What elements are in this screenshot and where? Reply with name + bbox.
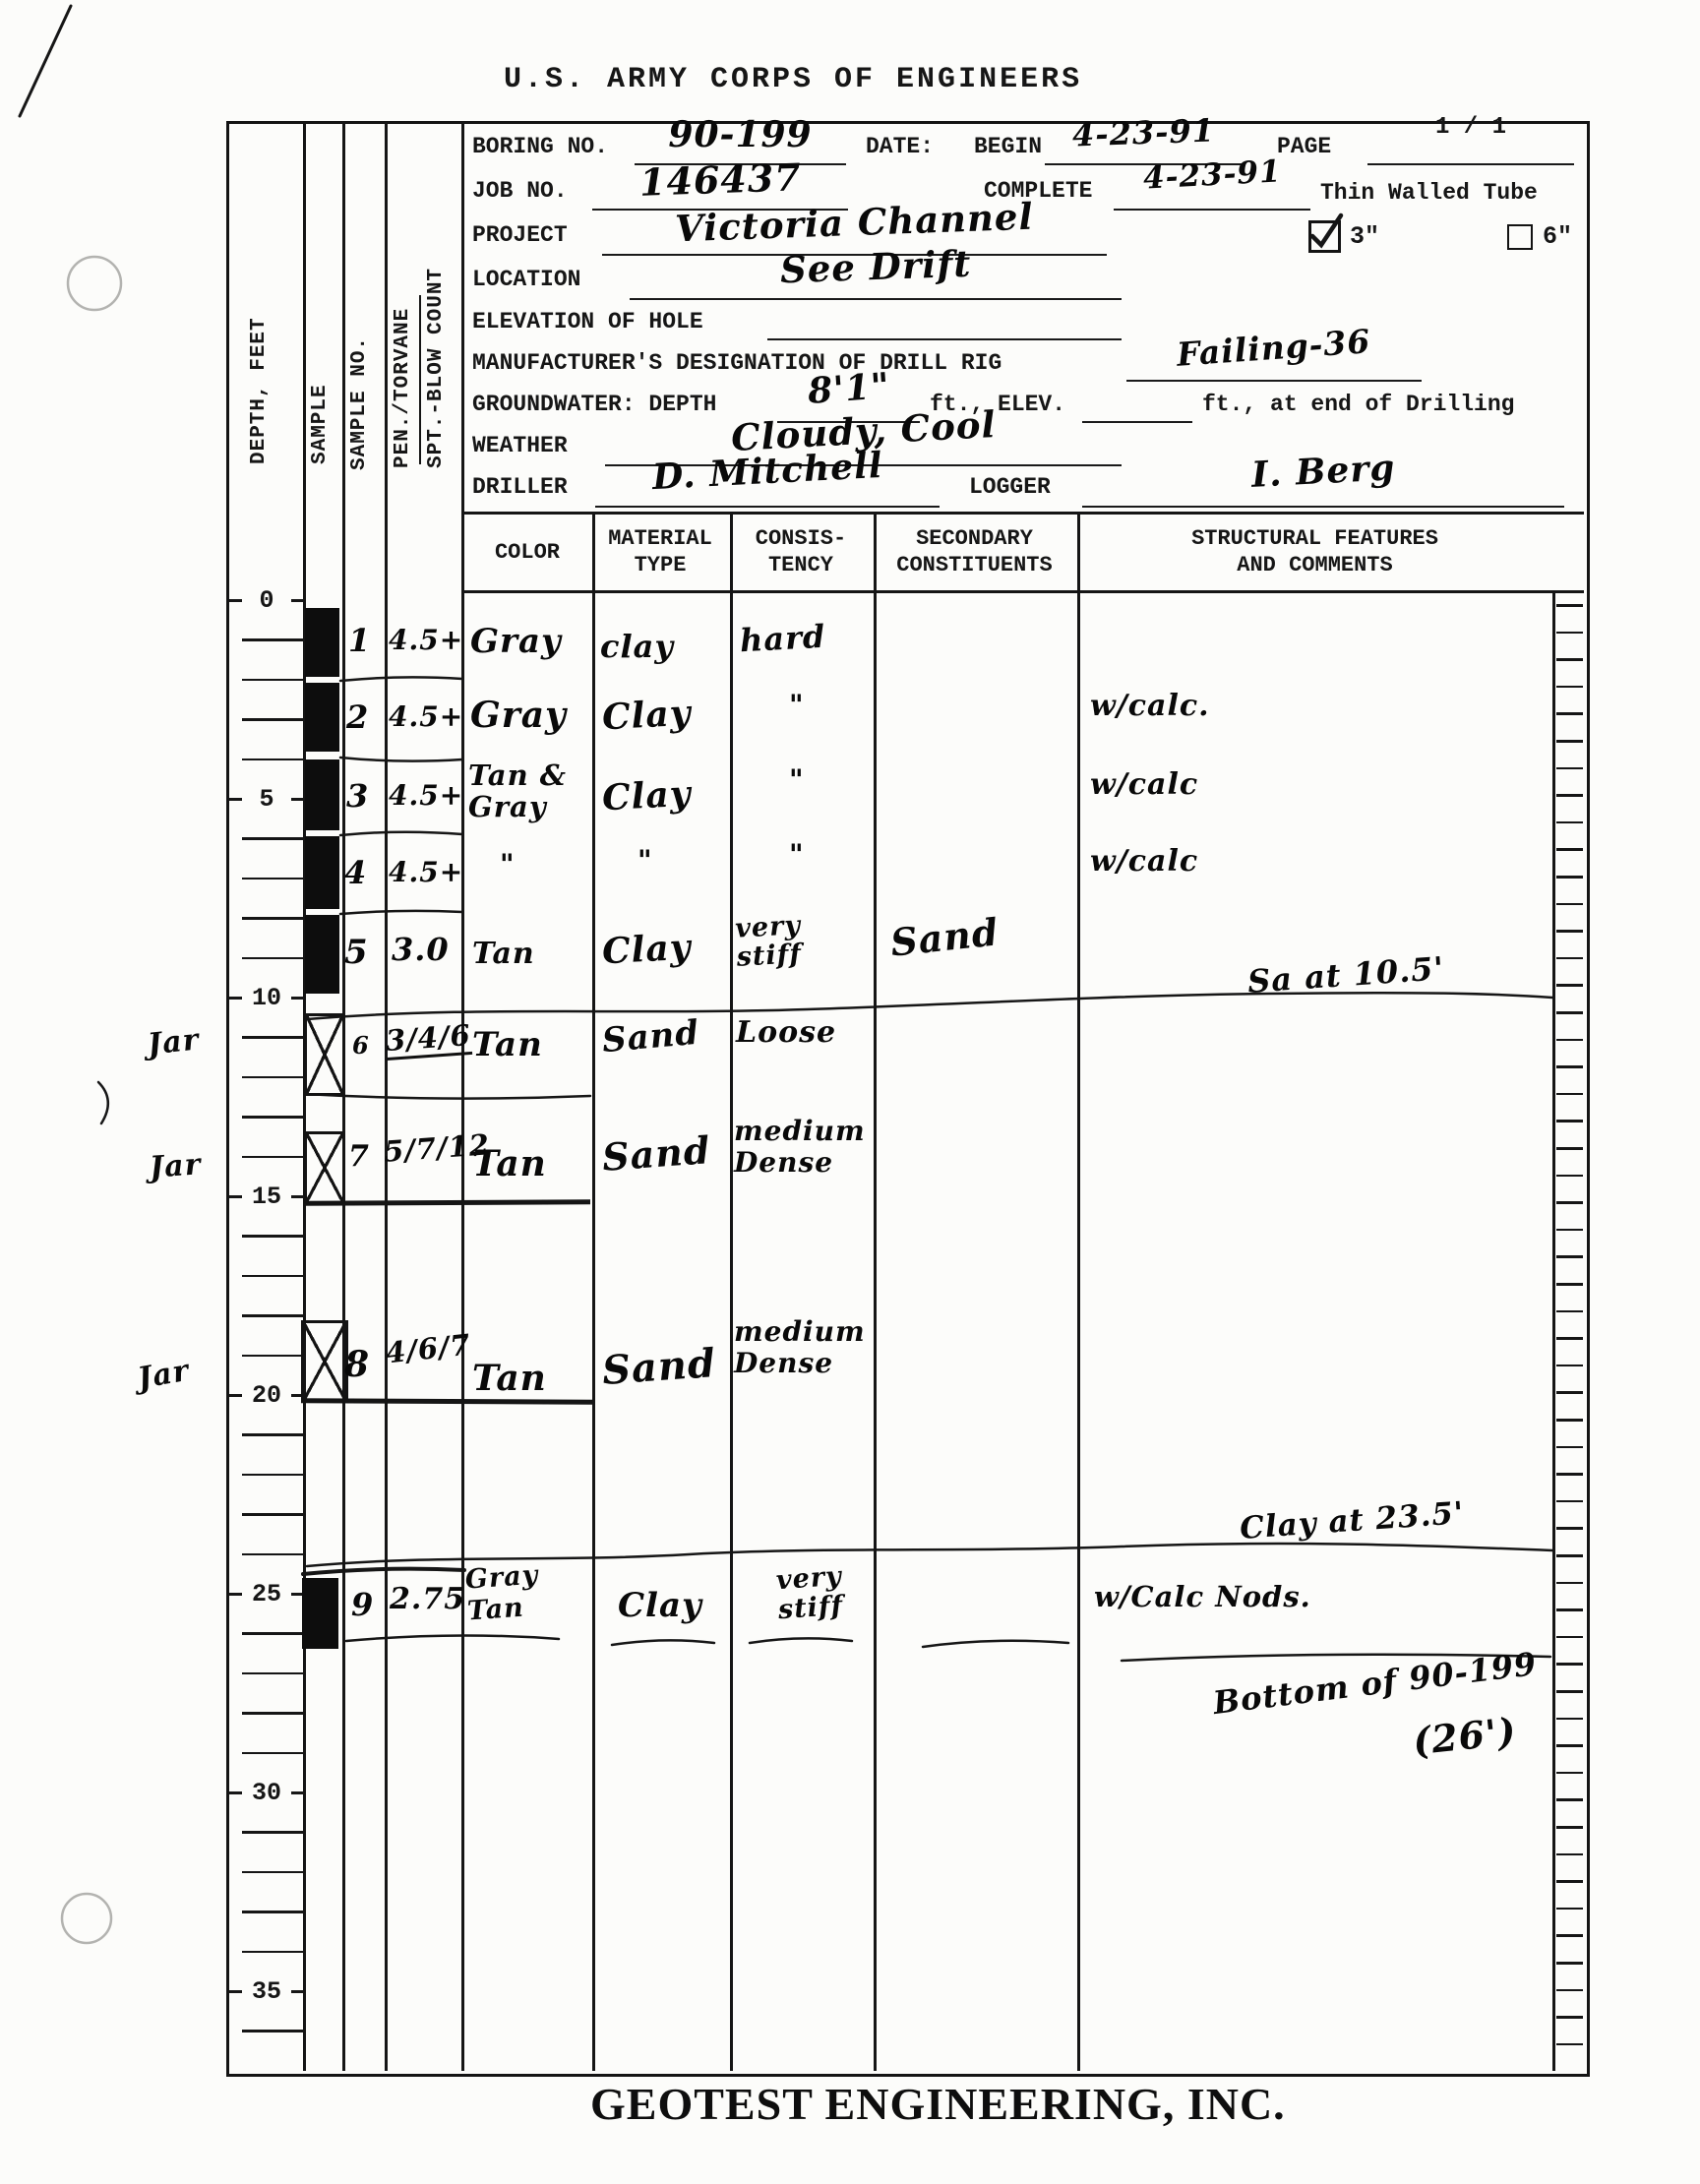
consistency-cell: hard (739, 618, 826, 660)
color-cell: Tan (472, 1025, 543, 1064)
sample-no: 2 (346, 698, 369, 736)
grid-line (461, 121, 464, 2071)
hole-punch-bottom (62, 1894, 111, 1943)
label-6-inch: 6" (1543, 222, 1572, 251)
color-cell: " (500, 848, 516, 880)
pen-value: 4.5+ (389, 779, 463, 812)
sample-no: 4 (344, 854, 367, 891)
grid-line (730, 512, 733, 2071)
color-cell: Gray (470, 622, 562, 661)
drill-rig-value: Failing-36 (1176, 322, 1372, 374)
location-value: See Drift (779, 242, 972, 292)
complete-date-value: 4-23-91 (1142, 153, 1282, 196)
tube-sample-bar (305, 759, 339, 830)
pen-spt-divider (419, 295, 421, 464)
tube-sample-bar (305, 836, 339, 909)
material-cell: " (637, 844, 653, 877)
pen-value: 4.5+ (389, 624, 463, 656)
field-label: MANUFACTURER'S DESIGNATION OF DRILL RIG (472, 350, 1002, 376)
depth-value: 35 (252, 1977, 281, 2006)
driller-value: D. Mitchell (651, 445, 883, 498)
field-label: DRILLER (472, 474, 568, 500)
comments-cell: w/Calc Nods. (1094, 1580, 1311, 1613)
depth-value: 25 (252, 1580, 281, 1608)
color-cell: Gray (470, 695, 567, 736)
grid-line (385, 121, 388, 2071)
field-label: LOCATION (472, 267, 580, 292)
boring-no-value: 90-199 (668, 114, 812, 155)
depth-label: 5 (229, 785, 304, 814)
consistency-cell: " (789, 689, 805, 721)
color-cell: Gray Tan (464, 1559, 542, 1627)
sample-no: 5 (344, 933, 369, 972)
label-3-inch: 3" (1350, 222, 1379, 251)
field-label: DATE: (866, 134, 934, 159)
comments-cell: w/calc (1090, 767, 1198, 802)
field-label: ELEVATION OF HOLE (472, 309, 703, 334)
jar-note: Jar (135, 1354, 192, 1397)
checkbox-3-inch (1308, 220, 1341, 253)
field-label: PROJECT (472, 222, 568, 248)
color-cell: Tan (472, 1143, 547, 1184)
depth-value: 10 (252, 984, 281, 1012)
consistency-cell: Loose (736, 1015, 836, 1050)
column-heading-depth: DEPTH, FEET (248, 317, 271, 464)
depth-value: 5 (259, 785, 273, 814)
depth-label: 25 (229, 1580, 304, 1608)
field-label: BEGIN (974, 134, 1042, 159)
page-value: 1 / 1 (1435, 114, 1506, 141)
depth-value: 0 (259, 586, 273, 615)
material-cell: Sand (601, 1127, 712, 1180)
sample-no: 1 (348, 622, 371, 659)
grid-line (592, 512, 595, 2071)
material-cell: Clay (601, 773, 693, 819)
grid-line (461, 512, 1584, 515)
column-heading-sample: SAMPLE (309, 384, 332, 464)
color-cell: Tan (472, 937, 535, 971)
scanned-boring-log-page: U.S. ARMY CORPS OF ENGINEERS GEOTEST ENG… (0, 0, 1700, 2184)
comments-cell: w/calc (1090, 844, 1198, 879)
grid-line (461, 590, 1584, 593)
page-title: U.S. ARMY CORPS OF ENGINEERS (504, 63, 1082, 96)
pen-value: 2.75 (390, 1582, 465, 1616)
blow-count-value: 3/4/6 (385, 1018, 472, 1061)
depth-label: 10 (229, 984, 304, 1012)
consistency-cell: " (789, 763, 805, 796)
field-label: PAGE (1277, 134, 1331, 159)
column-heading-pen-torvane: PEN./TORVANE (392, 308, 414, 468)
consistency-cell: medium Dense (734, 1116, 866, 1179)
consistency-cell: " (789, 838, 805, 871)
column-heading-structural-features: STRUCTURAL FEATURES AND COMMENTS (1077, 525, 1552, 578)
grid-line (1077, 512, 1080, 2071)
field-label: LOGGER (969, 474, 1051, 500)
sample-no: 6 (352, 1031, 370, 1060)
column-heading-consistency: CONSIS- TENCY (730, 525, 872, 578)
column-heading-spt-blow-count: SPT.-BLOW COUNT (425, 268, 448, 468)
tube-sample-bar (305, 608, 339, 677)
material-cell: clay (600, 628, 674, 665)
depth-label: 30 (229, 1779, 304, 1807)
company-footer: GEOTEST ENGINEERING, INC. (590, 2078, 1286, 2130)
right-ruler-line (1552, 592, 1555, 2071)
tube-sample-bar (305, 683, 339, 752)
column-heading-sample-no: SAMPLE NO. (348, 336, 371, 470)
material-cell: Clay (601, 693, 693, 739)
color-cell: Tan & Gray (468, 759, 567, 822)
split-spoon-sample-box (301, 1320, 348, 1403)
field-underline: 4-23-91 (1114, 157, 1310, 211)
field-label: ft., at end of Drilling (1202, 392, 1514, 417)
field-label: WEATHER (472, 433, 568, 458)
hole-punch-top (68, 257, 121, 310)
depth-label: 20 (229, 1381, 304, 1410)
begin-date-value: 4-23-91 (1071, 111, 1215, 153)
sample-no: 3 (346, 777, 369, 815)
field-underline: D. Mitchell (595, 451, 940, 508)
sample-no: 9 (351, 1586, 374, 1623)
consistency-cell: very stiff (775, 1562, 845, 1626)
consistency-cell: medium Dense (734, 1316, 866, 1379)
consistency-cell: very stiff (735, 911, 804, 971)
logger-value: I. Berg (1250, 447, 1396, 496)
split-spoon-sample-box (304, 1131, 345, 1204)
depth-value: 15 (252, 1183, 281, 1211)
material-cell: Sand (601, 1340, 718, 1394)
jar-note: Jar (149, 1147, 203, 1185)
pen-value: 4.5+ (389, 700, 463, 733)
pen-value: 4.5+ (389, 856, 463, 888)
split-spoon-sample-box (304, 1013, 345, 1096)
depth-label: 15 (229, 1183, 304, 1211)
checkbox-6-inch (1507, 224, 1533, 250)
field-underline: I. Berg (1082, 451, 1564, 508)
comments-cell: w/calc. (1090, 689, 1210, 723)
sample-no: 7 (348, 1139, 370, 1174)
pen-value: 3.0 (392, 931, 450, 968)
field-underline: 1 / 1 (1367, 114, 1574, 165)
color-cell: Tan (472, 1358, 547, 1399)
jar-note: Jar (146, 1022, 201, 1062)
sample-no: 8 (344, 1344, 370, 1385)
grid-line (874, 512, 877, 2071)
depth-label: 0 (229, 586, 304, 615)
material-cell: Clay (618, 1586, 702, 1625)
column-heading-color: COLOR (464, 539, 590, 566)
thin-walled-tube-label: Thin Walled Tube (1320, 180, 1538, 206)
project-value: Victoria Channel (675, 195, 1035, 251)
tube-sample-bar (305, 915, 339, 994)
depth-value: 20 (252, 1381, 281, 1410)
material-cell: Clay (601, 927, 693, 973)
depth-label: 35 (229, 1977, 304, 2006)
field-underline (767, 289, 1122, 340)
field-label: JOB NO. (472, 178, 568, 204)
job-no-value: 146437 (638, 154, 802, 205)
depth-value: 30 (252, 1779, 281, 1807)
tube-sample-bar (302, 1578, 338, 1649)
column-heading-material-type: MATERIAL TYPE (592, 525, 728, 578)
grid-line (342, 121, 345, 2071)
groundwater-depth-value: 8'1" (806, 365, 891, 412)
field-label: BORING NO. (472, 134, 608, 159)
column-heading-secondary-constituents: SECONDARY CONSTITUENTS (874, 525, 1075, 578)
